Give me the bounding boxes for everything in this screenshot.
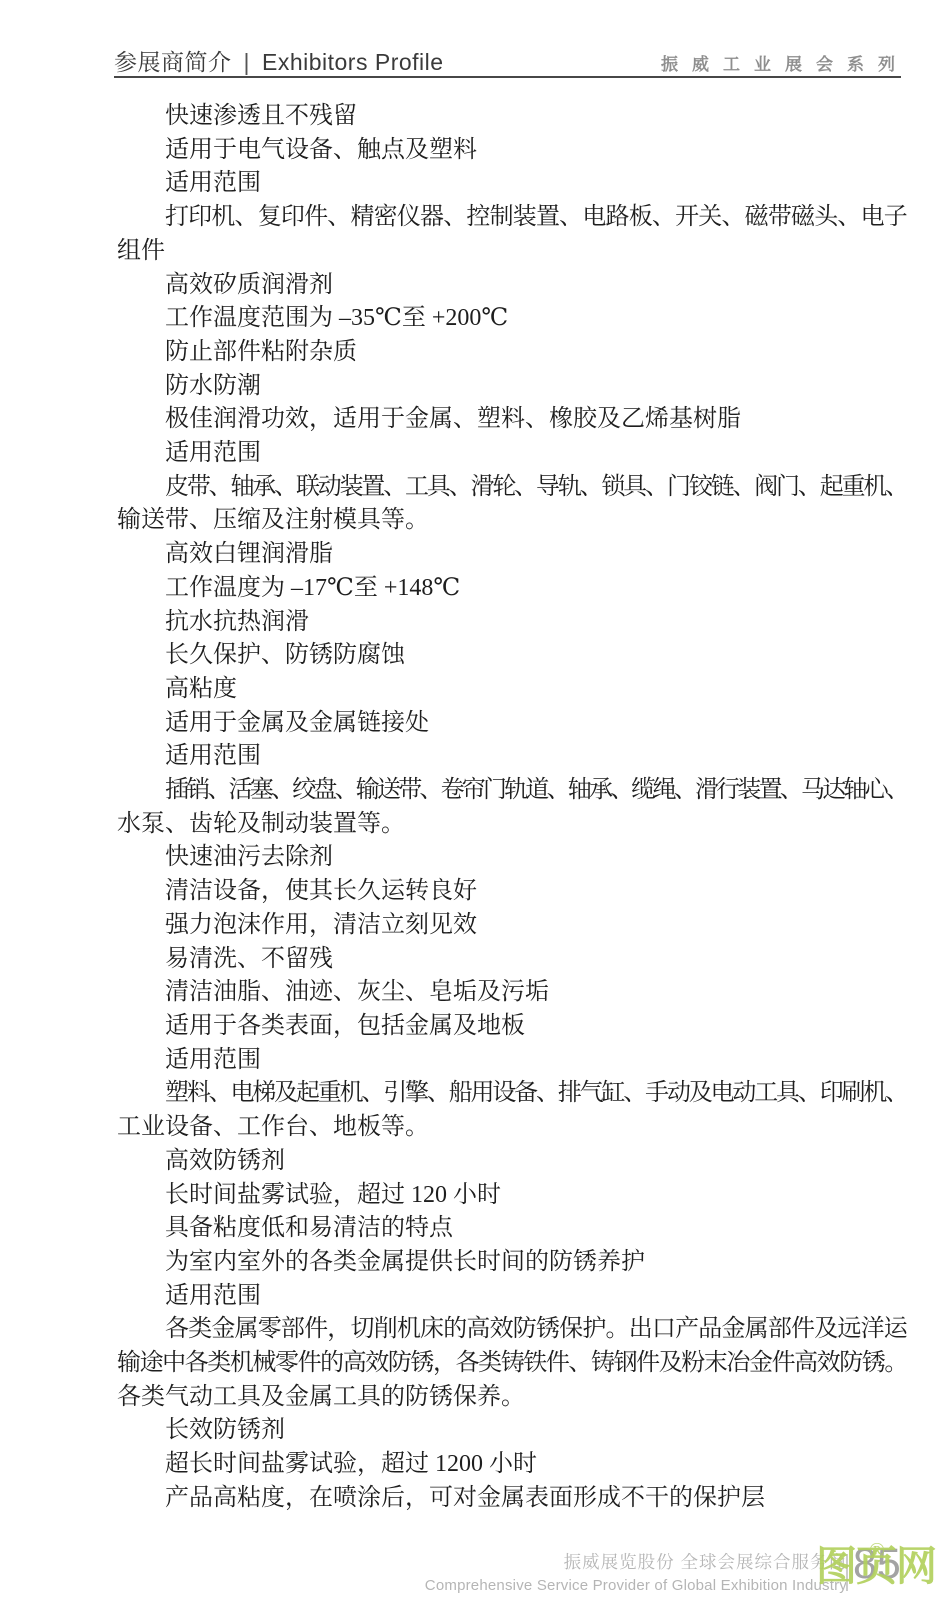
body-line: 输途中各类机械零件的高效防锈，各类铸铁件、铸钢件及粉末冶金件高效防锈。	[117, 1347, 907, 1381]
body-line: 长时间盐雾试验，超过 120 小时	[117, 1179, 907, 1213]
footer-company-en: Comprehensive Service Provider of Global…	[425, 1577, 847, 1594]
registered-trademark-icon: ®	[869, 1530, 885, 1571]
document-page: 参展商简介|Exhibitors Profile 振威工业展会系列 快速渗透且不…	[0, 0, 937, 1600]
body-line: 各类气动工具及金属工具的防锈保养。	[117, 1381, 907, 1415]
body-line: 快速油污去除剂	[117, 841, 907, 875]
body-line: 适用范围	[117, 1044, 907, 1078]
body-line: 抗水抗热润滑	[117, 606, 907, 640]
body-line: 适用于金属及金属链接处	[117, 707, 907, 741]
body-line: 强力泡沫作用，清洁立刻见效	[117, 909, 907, 943]
body-line: 工作温度为 –17℃至 +148℃	[117, 572, 907, 606]
body-line: 适用范围	[117, 1280, 907, 1314]
body-line: 塑料、电梯及起重机、引擎、船用设备、排气缸、手动及电动工具、印刷机、	[117, 1077, 907, 1111]
body-line: 工业设备、工作台、地板等。	[117, 1111, 907, 1145]
body-line: 产品高粘度，在喷涂后，可对金属表面形成不干的保护层	[117, 1482, 907, 1516]
body-line: 超长时间盐雾试验，超过 1200 小时	[117, 1448, 907, 1482]
header-title-cn: 参展商简介	[114, 49, 232, 75]
body-line: 高粘度	[117, 673, 907, 707]
body-line: 适用范围	[117, 437, 907, 471]
body-line: 极佳润滑功效，适用于金属、塑料、橡胶及乙烯基树脂	[117, 403, 907, 437]
body-line: 为室内室外的各类金属提供长时间的防锈养护	[117, 1246, 907, 1280]
body-line: 输送带、压缩及注射模具等。	[117, 504, 907, 538]
body-text: 快速渗透且不残留适用于电气设备、触点及塑料适用范围打印机、复印件、精密仪器、控制…	[117, 100, 907, 1516]
footer-info: 振威展览股份 全球会展综合服务商 Comprehensive Service P…	[425, 1549, 847, 1594]
body-line: 各类金属零部件，切削机床的高效防锈保护。出口产品金属部件及远洋运	[117, 1313, 907, 1347]
body-line: 适用范围	[117, 167, 907, 201]
body-line: 适用于各类表面，包括金属及地板	[117, 1010, 907, 1044]
header-title-en: Exhibitors Profile	[262, 49, 444, 75]
body-line: 清洁油脂、油迹、灰尘、皂垢及污垢	[117, 976, 907, 1010]
body-line: 水泵、齿轮及制动装置等。	[117, 808, 907, 842]
body-line: 适用于电气设备、触点及塑料	[117, 134, 907, 168]
page-header-title: 参展商简介|Exhibitors Profile	[114, 44, 444, 77]
body-line: 打印机、复印件、精密仪器、控制装置、电路板、开关、磁带磁头、电子	[117, 201, 907, 235]
body-line: 长效防锈剂	[117, 1414, 907, 1448]
body-line: 易清洗、不留残	[117, 943, 907, 977]
body-line: 快速渗透且不残留	[117, 100, 907, 134]
body-line: 清洁设备，使其长久运转良好	[117, 875, 907, 909]
body-line: 高效矽质润滑剂	[117, 269, 907, 303]
body-line: 具备粘度低和易清洁的特点	[117, 1212, 907, 1246]
body-line: 高效防锈剂	[117, 1145, 907, 1179]
watermark-logo: ® 图页网	[816, 1546, 936, 1587]
body-line: 皮带、轴承、联动装置、工具、滑轮、导轨、锁具、门铰链、阀门、起重机、	[117, 471, 907, 505]
body-line: 工作温度范围为 –35℃至 +200℃	[117, 302, 907, 336]
body-line: 长久保护、防锈防腐蚀	[117, 639, 907, 673]
header-separator: |	[244, 49, 250, 75]
body-line: 适用范围	[117, 740, 907, 774]
body-line: 防水防潮	[117, 370, 907, 404]
footer-company-cn: 振威展览股份 全球会展综合服务商	[425, 1549, 847, 1574]
brand-series-text: 振威工业展会系列	[661, 50, 909, 75]
body-line: 组件	[117, 235, 907, 269]
header-rule	[114, 76, 901, 78]
body-line: 防止部件粘附杂质	[117, 336, 907, 370]
body-line: 高效白锂润滑脂	[117, 538, 907, 572]
body-line: 插销、活塞、绞盘、输送带、卷帘门轨道、轴承、缆绳、滑行装置、马达轴心、	[117, 774, 907, 808]
